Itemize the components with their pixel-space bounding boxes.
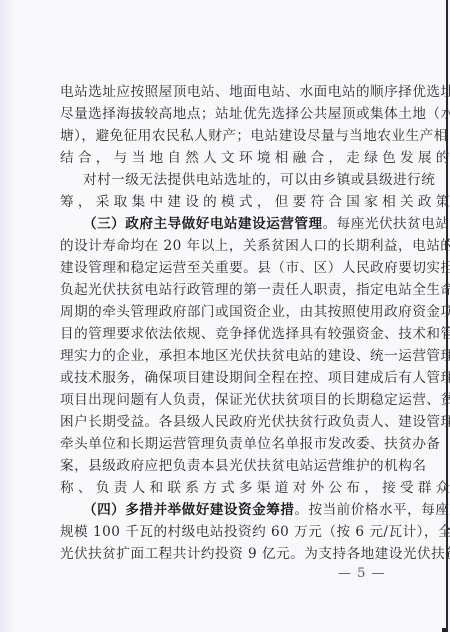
text-run: 。按当前价格水平，每座 <box>294 502 449 518</box>
text-line: 项目出现问题有人负责，保证光伏扶贫项目的长期稳定运营、贫 <box>60 389 391 411</box>
section-heading-line-3: （三）政府主导做好电站建设运营管理。每座光伏扶贫电站 <box>60 213 391 235</box>
page-number: — 5 — <box>338 566 386 581</box>
text-line: 或技术服务，确保项目建设期间全程在控、项目建成后有人管理、 <box>60 367 391 389</box>
document-body: 电站选址应按照屋顶电站、地面电站、水面电站的顺序择优选址， 尽量选择海拔较高地点… <box>60 81 391 565</box>
text-line: 筹，采取集中建设的模式，但要符合国家相关政策要求。 <box>60 191 391 213</box>
text-line: 目的管理要求依法依规、竞争择优选择具有较强资金、技术和管 <box>60 323 391 345</box>
section-heading-line-4: （四）多措并举做好建设资金筹措。按当前价格水平，每座 <box>60 499 391 521</box>
text-line: 称、负责人和联系方式多渠道对外公布，接受群众监督。 <box>60 477 391 499</box>
text-line: 建设管理和稳定运营至关重要。县（市、区）人民政府要切实担 <box>60 257 391 279</box>
text-line: 塘），避免征用农民私人财产；电站建设尽量与当地农业生产相 <box>60 125 391 147</box>
text-line: 光伏扶贫扩面工程共计约投资 9 亿元。为支持各地建设光伏扶贫 <box>60 543 391 565</box>
corner-mark <box>442 628 446 632</box>
text-line: 电站选址应按照屋顶电站、地面电站、水面电站的顺序择优选址， <box>60 81 391 103</box>
text-line: 负起光伏扶贫电站行政管理的第一责任人职责，指定电站全生命 <box>60 279 391 301</box>
text-line: 结合，与当地自然人文环境相融合，走绿色发展的道路。 <box>60 147 391 169</box>
section-heading-3: （三）政府主导做好电站建设运营管理 <box>83 216 323 232</box>
text-line: 案，县级政府应把负责本县光伏扶贫电站运营维护的机构名 <box>60 455 391 477</box>
text-line: 的设计寿命均在 20 年以上，关系贫困人口的长期利益，电站的 <box>60 235 391 257</box>
section-heading-4: （四）多措并举做好建设资金筹措 <box>83 502 294 518</box>
text-run: 。每座光伏扶贫电站 <box>323 216 450 232</box>
text-line: 尽量选择海拔较高地点；站址优先选择公共屋顶或集体土地（水 <box>60 103 391 125</box>
text-line: 困户长期受益。各县级人民政府光伏扶贫行政负责人、建设管理 <box>60 411 391 433</box>
document-page: 电站选址应按照屋顶电站、地面电站、水面电站的顺序择优选址， 尽量选择海拔较高地点… <box>0 0 448 632</box>
text-line: 理实力的企业，承担本地区光伏扶贫电站的建设、统一运营管理 <box>60 345 391 367</box>
text-line: 牵头单位和长期运营管理负责单位名单报市发改委、扶贫办备 <box>60 433 391 455</box>
text-line: 周期的牵头管理政府部门或国资企业，由其按照使用政府资金项 <box>60 301 391 323</box>
text-line: 规模 100 千瓦的村级电站投资约 60 万元（按 6 元/瓦计），全省 <box>60 521 391 543</box>
paragraph-start-line: 对村一级无法提供电站选址的，可以由乡镇或县级进行统 <box>60 169 391 191</box>
